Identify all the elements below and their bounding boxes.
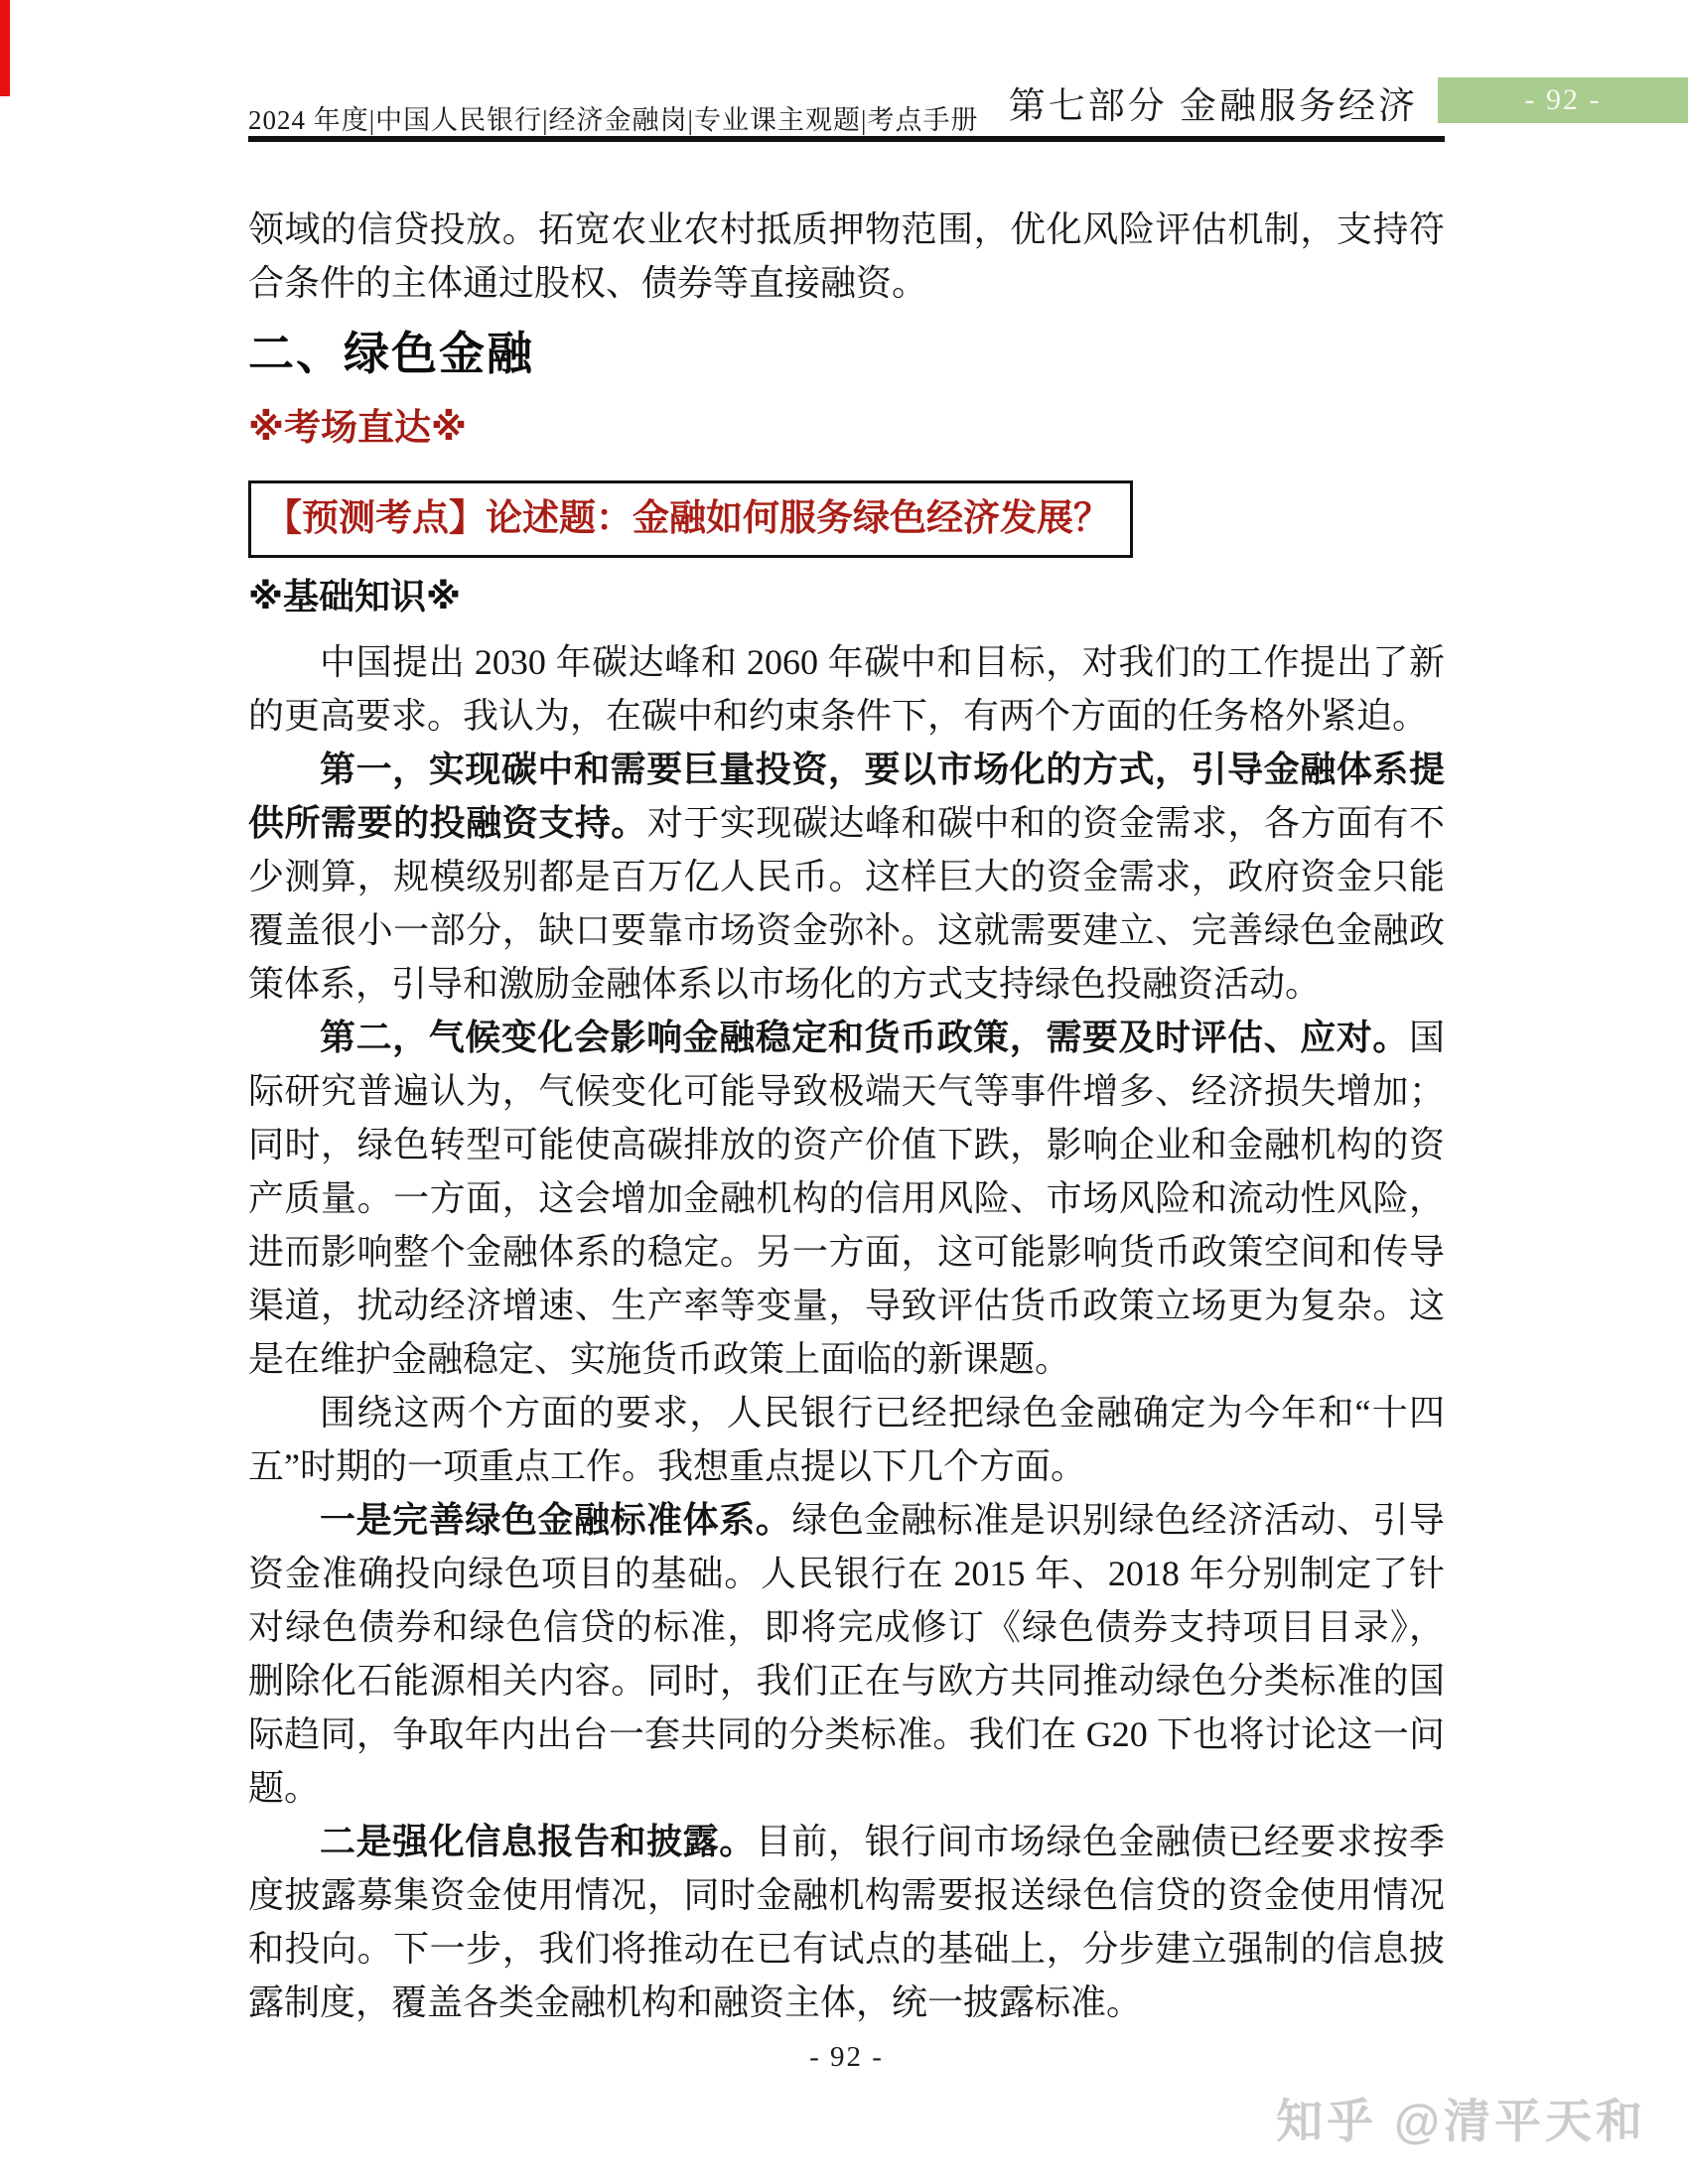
section-heading: 二、绿色金融 xyxy=(248,324,1445,383)
paragraph-text: 国际研究普遍认为，气候变化可能导致极端天气等事件增多、经济损失增加；同时，绿色转… xyxy=(248,1018,1445,1379)
paragraph-lead: 二是强化信息报告和披露。 xyxy=(320,1821,756,1861)
paragraph-text: 绿色金融标准是识别绿色经济活动、引导资金准确投向绿色项目的基础。人民银行在 20… xyxy=(248,1500,1445,1808)
footer-page-number: - 92 - xyxy=(248,2041,1445,2074)
paragraph-lead: 一是完善绿色金融标准体系。 xyxy=(320,1499,791,1540)
paragraph-lead: 第二，气候变化会影响金融稳定和货币政策，需要及时评估、应对。 xyxy=(320,1017,1409,1057)
header-page-number-badge: - 92 - xyxy=(1438,77,1688,123)
intro-paragraph: 领域的信贷投放。拓宽农业农村抵质押物范围，优化风险评估机制，支持符合条件的主体通… xyxy=(248,203,1445,310)
paragraph-text: 中国提出 2030 年碳达峰和 2060 年碳中和目标，对我们的工作提出了新的更… xyxy=(248,642,1445,736)
header-divider-rule xyxy=(248,136,1445,142)
body-paragraph: 一是完善绿色金融标准体系。绿色金融标准是识别绿色经济活动、引导资金准确投向绿色项… xyxy=(248,1493,1445,1815)
predicted-question-box: 【预测考点】论述题：金融如何服务绿色经济发展？ xyxy=(248,480,1133,558)
zhihu-watermark: 知乎 @清平天和 xyxy=(1276,2085,1646,2151)
body-paragraphs: 中国提出 2030 年碳达峰和 2060 年碳中和目标，对我们的工作提出了新的更… xyxy=(248,635,1445,2029)
body-paragraph: 第二，气候变化会影响金融稳定和货币政策，需要及时评估、应对。国际研究普遍认为，气… xyxy=(248,1011,1445,1386)
main-content-column: 领域的信贷投放。拓宽农业农村抵质押物范围，优化风险评估机制，支持符合条件的主体通… xyxy=(248,203,1445,2029)
document-page: 2024 年度|中国人民银行|经济金融岗|专业课主观题|考点手册 第七部分 金融… xyxy=(0,0,1688,2184)
paragraph-text: 围绕这两个方面的要求，人民银行已经把绿色金融确定为今年和“十四五”时期的一项重点… xyxy=(248,1393,1445,1486)
exam-direct-label: ※考场直达※ xyxy=(248,401,1445,455)
header-left-title: 2024 年度|中国人民银行|经济金融岗|专业课主观题|考点手册 xyxy=(248,98,978,137)
body-paragraph: 第一，实现碳中和需要巨量投资，要以市场化的方式，引导金融体系提供所需要的投融资支… xyxy=(248,743,1445,1011)
header-section-title: 第七部分 金融服务经济 xyxy=(1009,75,1418,129)
body-paragraph: 二是强化信息报告和披露。目前，银行间市场绿色金融债已经要求按季度披露募集资金使用… xyxy=(248,1815,1445,2029)
basic-knowledge-label: ※基础知识※ xyxy=(248,570,1445,623)
red-corner-bar xyxy=(0,0,10,96)
body-paragraph: 围绕这两个方面的要求，人民银行已经把绿色金融确定为今年和“十四五”时期的一项重点… xyxy=(248,1386,1445,1493)
body-paragraph: 中国提出 2030 年碳达峰和 2060 年碳中和目标，对我们的工作提出了新的更… xyxy=(248,635,1445,743)
predicted-question-text: 【预测考点】论述题：金融如何服务绿色经济发展？ xyxy=(265,497,1110,538)
